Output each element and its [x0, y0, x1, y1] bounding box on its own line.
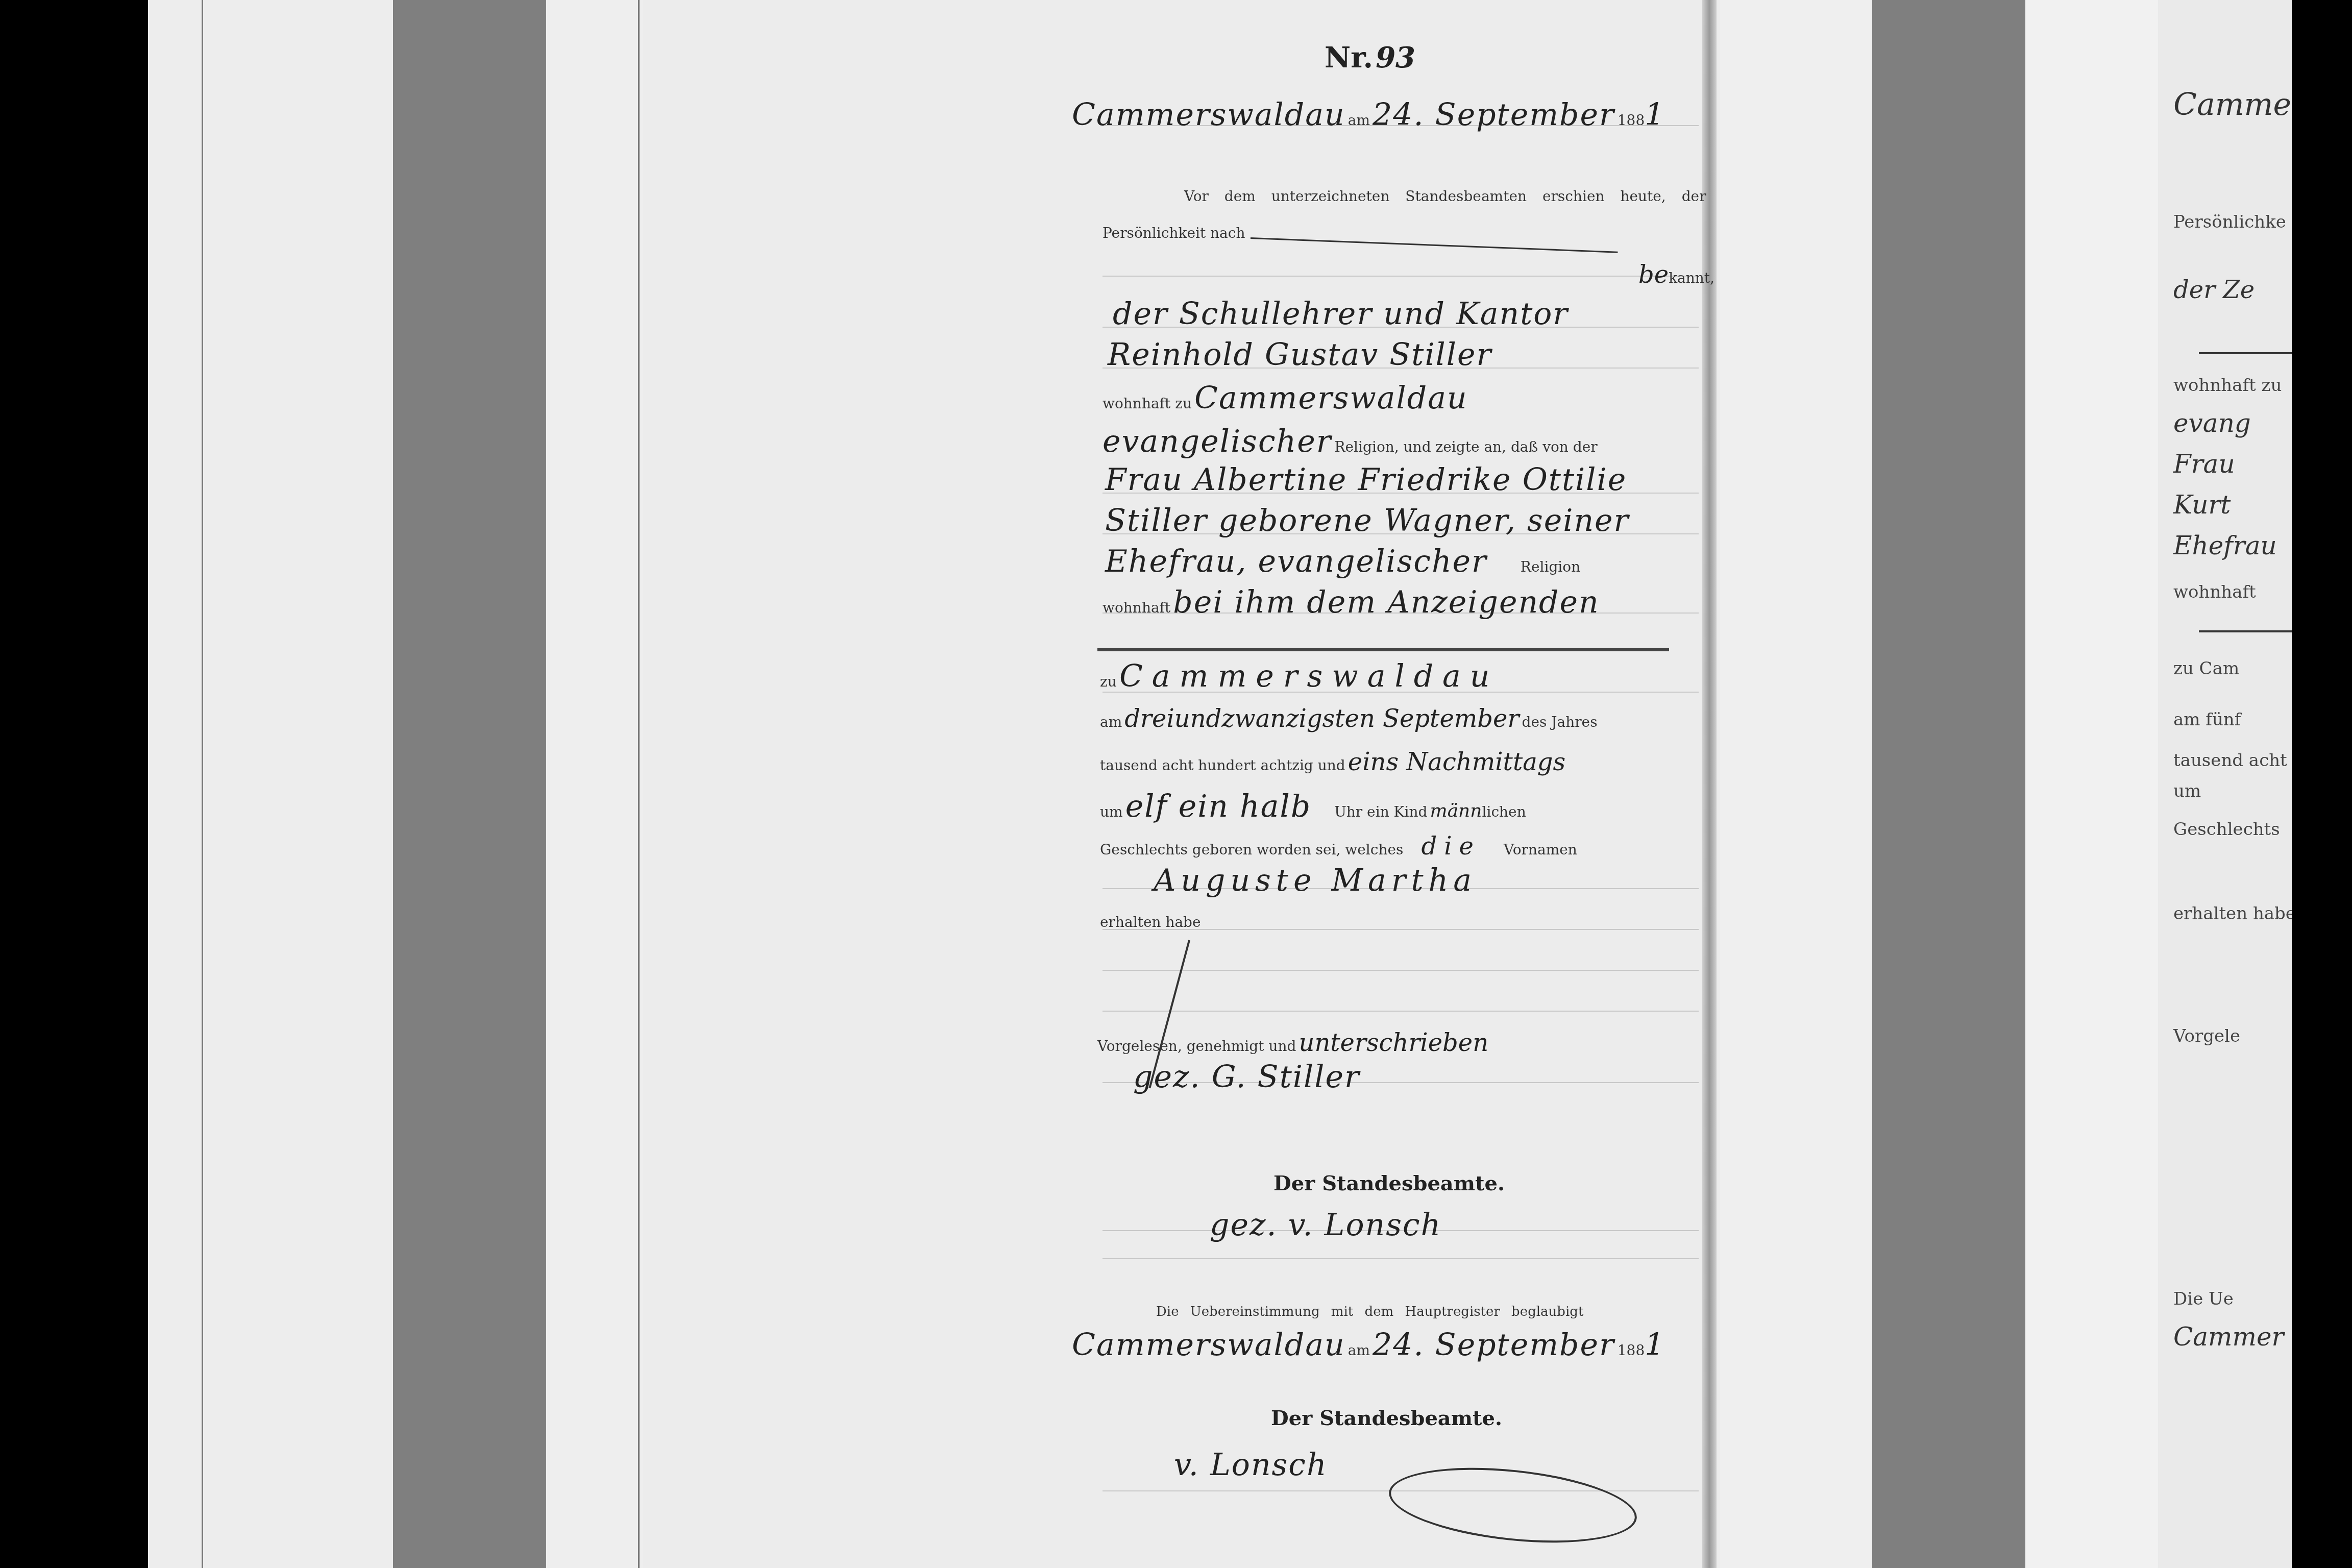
page-binding-edge — [1702, 0, 1717, 1568]
approval-text: Vorgelesen, genehmigt und — [1097, 1038, 1296, 1055]
mother-religion-label: Religion — [1521, 558, 1580, 575]
informant-religion: evangelischer Religion, und zeigte an, d… — [1102, 424, 1598, 459]
adjacent-text: wohnhaft zu — [2173, 375, 2282, 396]
identity-value: bekannt, — [1638, 260, 1714, 289]
informant-residence: wohnhaft zu Cammerswaldau — [1102, 380, 1468, 416]
header-year-prefix: 188 — [1618, 112, 1645, 129]
religion-text: Religion, und zeigte an, daß von der — [1334, 438, 1597, 455]
identity-label: Persönlichkeit nach — [1102, 225, 1245, 241]
mother-residence-label: wohnhaft — [1102, 599, 1170, 616]
cert-year-prefix: 188 — [1618, 1342, 1645, 1359]
cert-date: 24. September — [1373, 1327, 1615, 1363]
mother-surname: Stiller geborene Wagner, seiner — [1105, 503, 1629, 538]
residence-value: Cammerswaldau — [1194, 380, 1468, 416]
informant-occupation: der Schullehrer und Kantor — [1113, 296, 1569, 332]
page-edge-left-2 — [546, 0, 643, 1568]
birth-time-text: Uhr ein Kind — [1334, 803, 1427, 820]
birth-time: um elf ein halb Uhr ein Kind männlichen — [1100, 789, 1526, 824]
religion-value: evangelischer — [1102, 424, 1332, 459]
certification-place-date: Cammerswaldau am 24. September 1881 — [1072, 1327, 1665, 1363]
approval-value: unterschrieben — [1298, 1028, 1488, 1057]
ruled-line — [1102, 1011, 1699, 1012]
cert-year-suffix: 1 — [1645, 1327, 1665, 1363]
header-date: 24. September — [1373, 97, 1615, 133]
ruled-line — [1102, 1258, 1699, 1259]
mother-relation: Ehefrau, evangelischer — [1105, 544, 1487, 579]
adjacent-text: am fünf — [2173, 709, 2241, 730]
identity-suffix: kannt, — [1669, 269, 1714, 286]
adjacent-text: wohnhaft — [2173, 582, 2256, 602]
adjacent-rule — [2199, 630, 2292, 632]
birth-day-value: dreiundzwanzigsten September — [1124, 704, 1519, 733]
mother-name: Frau Albertine Friedrike Ottilie — [1105, 462, 1627, 498]
cert-place: Cammerswaldau — [1072, 1327, 1345, 1363]
informant-name: Reinhold Gustav Stiller — [1108, 337, 1492, 373]
adjacent-place: Cammer — [2173, 87, 2292, 122]
ruled-line — [1102, 970, 1699, 971]
page-edge-right-1 — [1720, 0, 1872, 1568]
adjacent-text: zu Cam — [2173, 658, 2239, 679]
sex-names: Geschlechts geboren worden sei, welches … — [1100, 832, 1577, 861]
sex-text: Geschlechts geboren worden sei, welches — [1100, 841, 1403, 858]
header-year-suffix: 1 — [1645, 97, 1665, 133]
entry-number-value: 93 — [1376, 41, 1415, 75]
adjacent-text: Geschlechts — [2173, 819, 2280, 840]
film-gap-right — [1872, 0, 2025, 1568]
header-place-date: Cammerswaldau am 24. September 1881 — [1072, 97, 1665, 133]
adjacent-rule — [2199, 352, 2292, 354]
page-edge-left-1 — [148, 0, 393, 1568]
adjacent-text: Die Ue — [2173, 1289, 2234, 1309]
adjacent-text: der Ze — [2173, 276, 2255, 304]
film-border-right — [2292, 0, 2352, 1568]
header-place: Cammerswaldau — [1072, 97, 1345, 133]
birth-year: tausend acht hundert achtzig und eins Na… — [1100, 748, 1565, 776]
ruled-line — [1102, 276, 1699, 277]
film-gap-left — [393, 0, 546, 1568]
birth-year-text: tausend acht hundert achtzig und — [1100, 757, 1345, 774]
adjacent-text: Frau — [2173, 449, 2235, 479]
adjacent-text: Ehefrau — [2173, 531, 2277, 560]
adjacent-text: um — [2173, 781, 2201, 801]
intro-text: Vor dem unterzeichneten Standesbeamten e… — [1184, 188, 1706, 205]
names-label: Vornamen — [1504, 841, 1577, 858]
registrar-heading-2: Der Standesbeamte. — [1271, 1406, 1502, 1430]
cert-am: am — [1348, 1342, 1370, 1359]
adjacent-text: tausend acht — [2173, 750, 2287, 771]
received-label: erhalten habe — [1100, 914, 1201, 930]
adjacent-register-page: Cammer Persönlichke der Ze wohnhaft zu e… — [2158, 0, 2292, 1568]
adjacent-text: erhalten habe — [2173, 903, 2292, 924]
film-border-left — [0, 0, 148, 1568]
birth-place-value: Cammerswaldau — [1119, 658, 1499, 694]
adjacent-text: Vorgele — [2173, 1026, 2240, 1046]
registrar-heading: Der Standesbeamte. — [1273, 1171, 1505, 1195]
entry-number: Nr. 93 — [1325, 41, 1415, 75]
sex-suffix: lichen — [1482, 803, 1526, 820]
sex-value: männ — [1430, 800, 1482, 821]
registrar-signature-2: v. Lonsch — [1174, 1447, 1328, 1483]
adjacent-text: Cammer — [2173, 1322, 2284, 1352]
mother-residence: wohnhaft bei ihm dem Anzeigenden — [1102, 584, 1600, 620]
birth-day-label: am — [1100, 714, 1122, 730]
page-edge-line — [202, 0, 203, 1568]
adjacent-text: evang — [2173, 408, 2251, 438]
adjacent-text: Persönlichke — [2173, 212, 2286, 232]
child-names: Auguste Martha — [1154, 863, 1477, 898]
identity-prefix: be — [1638, 260, 1669, 289]
entry-number-label: Nr. — [1325, 41, 1373, 75]
birth-day: am dreiundzwanzigsten September des Jahr… — [1100, 704, 1598, 733]
birth-year-label: des Jahres — [1522, 714, 1598, 730]
birth-year-value: eins Nachmittags — [1348, 748, 1565, 776]
mother-residence-value: bei ihm dem Anzeigenden — [1173, 584, 1599, 620]
section-divider — [1097, 648, 1669, 651]
birth-time-label: um — [1100, 803, 1123, 820]
birth-time-value: elf ein halb — [1125, 789, 1311, 824]
registrar-signature: gez. v. Lonsch — [1210, 1207, 1441, 1243]
page-edge-line — [638, 0, 640, 1568]
certification-text: Die Uebereinstimmung mit dem Hauptregist… — [1156, 1304, 1583, 1319]
adjacent-text: Kurt — [2173, 490, 2231, 520]
header-am: am — [1348, 112, 1370, 129]
birth-place: zu Cammerswaldau — [1100, 658, 1499, 694]
names-value: die — [1422, 832, 1481, 861]
residence-label: wohnhaft zu — [1102, 395, 1192, 412]
mother-religion: Ehefrau, evangelischer Religion — [1105, 544, 1580, 579]
page-edge-right-2 — [2025, 0, 2158, 1568]
approval: Vorgelesen, genehmigt und unterschrieben — [1097, 1028, 1488, 1057]
informant-signature: gez. G. Stiller — [1133, 1059, 1360, 1095]
birth-place-label: zu — [1100, 673, 1117, 690]
